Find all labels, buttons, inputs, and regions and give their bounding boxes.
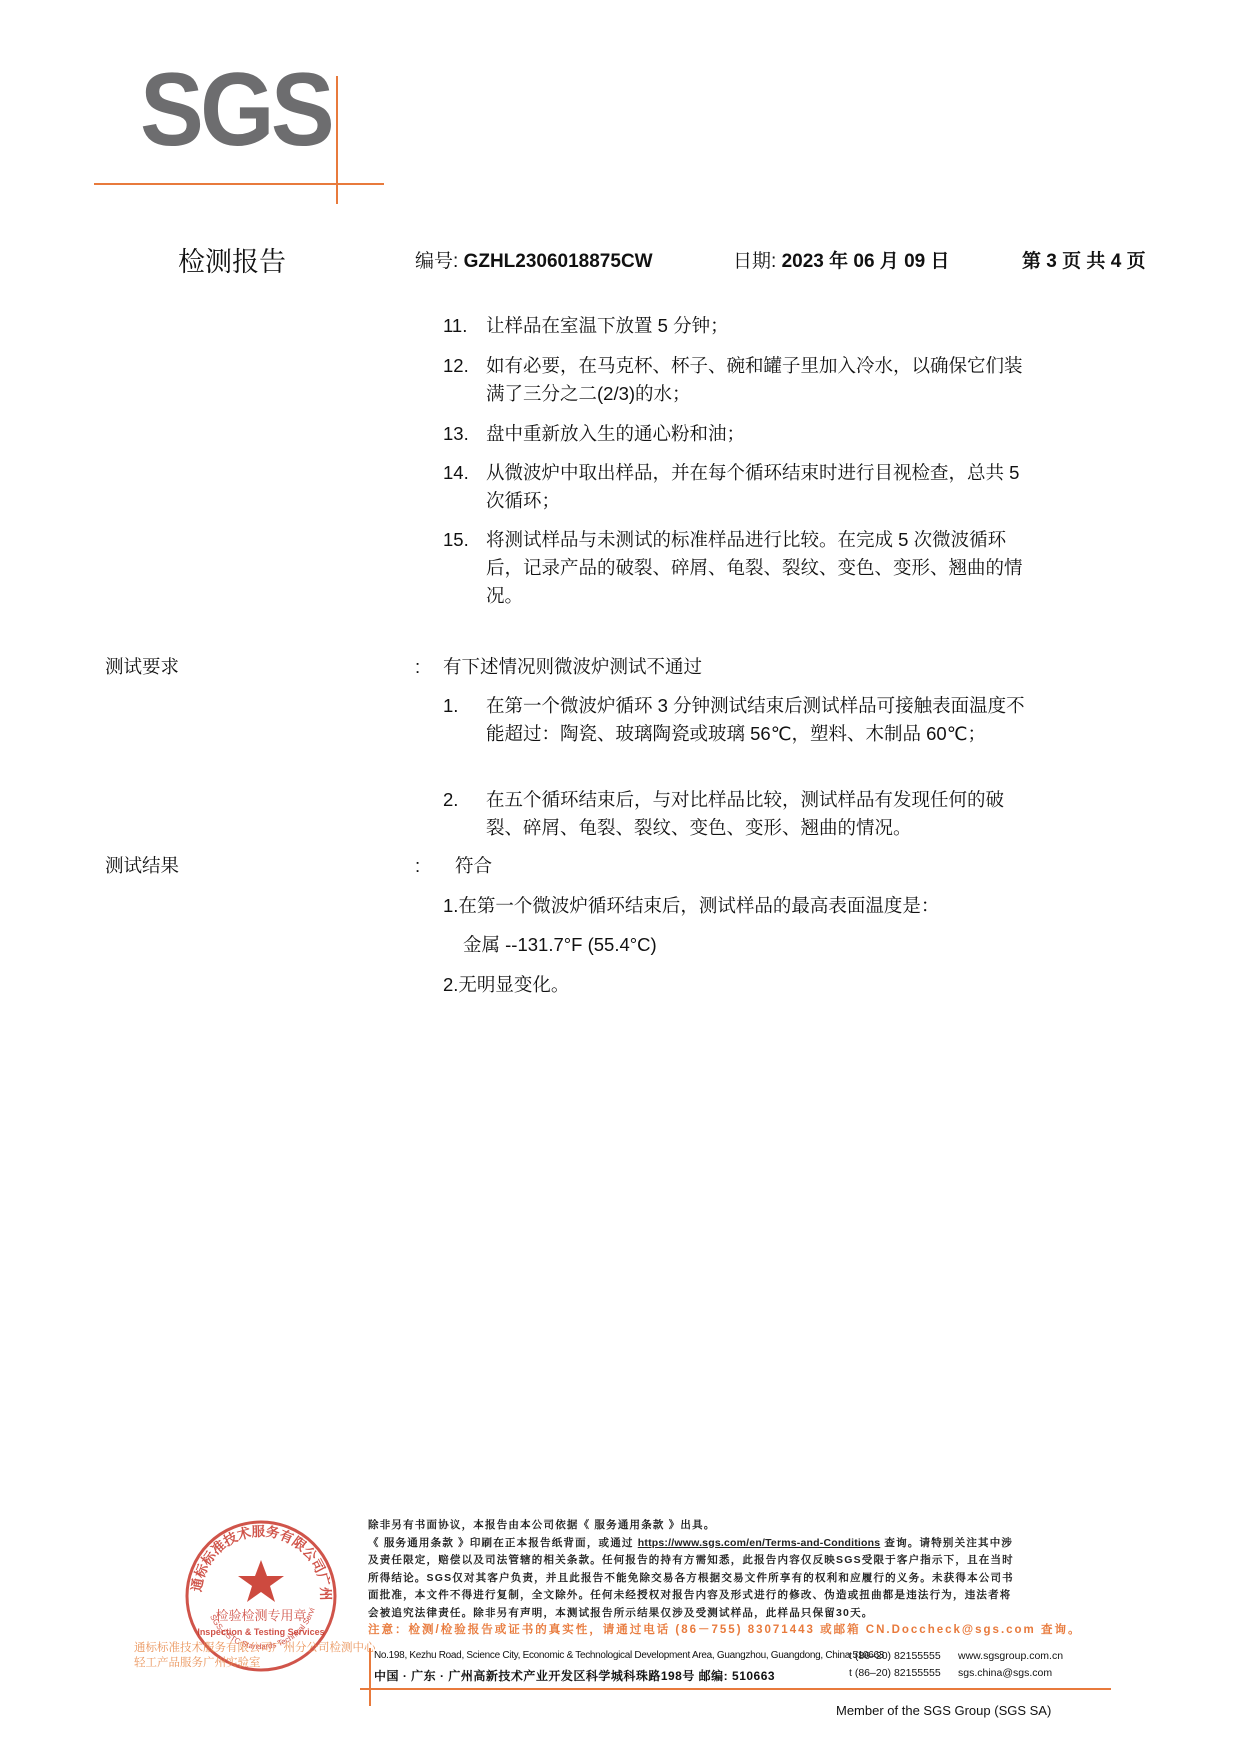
requirement-text: 在第一个微波炉循环 3 分钟测试结束后测试样品可接触表面温度不能超过：陶瓷、玻璃… [486, 692, 1028, 748]
phone-1: t (86–20) 82155555 [849, 1650, 941, 1662]
requirements-label: 测试要求 [105, 653, 179, 681]
step-number: 14. [443, 459, 469, 487]
stamp-center-cn: 检验检测专用章 [215, 1608, 306, 1624]
report-number: 编号: GZHL2306018875CW [415, 246, 653, 273]
page-mid: 页 共 [1062, 251, 1105, 272]
requirement-number: 1. [443, 692, 458, 720]
step-number: 13. [443, 420, 469, 448]
page-total: 4 [1111, 251, 1122, 272]
disclaimer-text: 查询。请特别关注其中涉 [884, 1537, 1013, 1549]
disclaimer-line: 所得结论。SGS仅对其客户负责，并且此报告不能免除交易各方根据交易文件所享有的权… [368, 1570, 1088, 1588]
disclaimer-line: 及责任限定，赔偿以及司法管辖的相关条款。任何报告的持有方需知悉，此报告内容仅反映… [368, 1552, 1088, 1570]
disclaimer-line: 会被追究法律责任。除非另有声明，本测试报告所示结果仅涉及受测试样品，此样品只保留… [368, 1605, 1088, 1623]
procedure-step-14: 14. 从微波炉中取出样品，并在每个循环结束时进行目视检查，总共 5 次循环； [443, 459, 1028, 515]
step-number: 11. [443, 312, 467, 340]
address-en: No.198, Kezhu Road, Science City, Econom… [374, 1650, 884, 1661]
step-number: 12. [443, 352, 469, 380]
requirement-item-2: 2. 在五个循环结束后，与对比样品比较，测试样品有发现任何的破裂、碎屑、龟裂、裂… [443, 786, 1028, 842]
report-date: 日期: 2023 年 06 月 09 日 [733, 246, 950, 273]
requirements-colon: : [415, 653, 420, 681]
page-current: 3 [1046, 251, 1057, 272]
report-number-label: 编号: [415, 251, 458, 272]
requirements-intro: 有下述情况则微波炉测试不通过 [443, 653, 702, 681]
procedure-step-11: 11. 让样品在室温下放置 5 分钟； [443, 312, 1063, 340]
member-statement: Member of the SGS Group (SGS SA) [836, 1703, 1051, 1718]
disclaimer-line: 《 服务通用条款 》印刷在正本报告纸背面，或通过 https://www.sgs… [368, 1535, 1088, 1553]
requirement-number: 2. [443, 786, 458, 814]
report-title: 检测报告 [178, 240, 286, 279]
results-colon: : [415, 852, 420, 880]
terms-link[interactable]: https://www.sgs.com/en/Terms-and-Conditi… [638, 1537, 881, 1549]
website-link[interactable]: www.sgsgroup.com.cn [958, 1650, 1063, 1662]
report-number-value: GZHL2306018875CW [464, 251, 653, 272]
authenticity-notice: 注意：检测/检验报告或证书的真实性，请通过电话 (86－755) 8307144… [368, 1622, 1088, 1640]
logo-horizontal-rule [94, 183, 384, 185]
results-line-3: 2.无明显变化。 [443, 971, 569, 999]
requirement-text: 在五个循环结束后，与对比样品比较，测试样品有发现任何的破裂、碎屑、龟裂、裂纹、变… [486, 786, 1028, 842]
step-number: 15. [443, 526, 469, 554]
disclaimer-line: 面批准，本文件不得进行复制，全文除外。任何未经授权对报告内容及形式进行的修改、伪… [368, 1587, 1088, 1605]
footer-vertical-rule [369, 1648, 371, 1706]
report-date-value: 2023 年 06 月 09 日 [782, 251, 950, 272]
disclaimer-text: 《 服务通用条款 》印刷在正本报告纸背面，或通过 [368, 1537, 634, 1549]
step-text: 如有必要，在马克杯、杯子、碗和罐子里加入冷水，以确保它们装满了三分之二(2/3)… [486, 352, 1028, 408]
step-text: 盘中重新放入生的通心粉和油； [486, 420, 1063, 448]
phone-2: t (86–20) 82155555 [849, 1667, 941, 1679]
stamp-caption-line-1: 通标标准技术服务有限公司广州分公司检测中心 [134, 1641, 376, 1656]
results-verdict: 符合 [455, 852, 492, 880]
procedure-step-12: 12. 如有必要，在马克杯、杯子、碗和罐子里加入冷水，以确保它们装满了三分之二(… [443, 352, 1028, 408]
procedure-step-13: 13. 盘中重新放入生的通心粉和油； [443, 420, 1063, 448]
page-prefix: 第 [1022, 251, 1041, 272]
procedure-step-15: 15. 将测试样品与未测试的标准样品进行比较。在完成 5 次微波循环后，记录产品… [443, 526, 1028, 610]
page-suffix: 页 [1127, 251, 1146, 272]
report-date-label: 日期: [733, 251, 776, 272]
requirement-item-1: 1. 在第一个微波炉循环 3 分钟测试结束后测试样品可接触表面温度不能超过：陶瓷… [443, 692, 1028, 748]
page-indicator: 第 3 页 共 4 页 [1022, 246, 1146, 273]
sgs-logo: SGS [140, 58, 331, 162]
stamp-caption-line-2: 轻工产品服务广州实验室 [134, 1656, 376, 1671]
address-cn: 中国 · 广东 · 广州高新技术产业开发区科学城科珠路198号 邮编: 5106… [374, 1667, 775, 1684]
disclaimer-line: 除非另有书面协议，本报告由本公司依据《 服务通用条款 》出具。 [368, 1517, 1088, 1535]
stamp-center-en: Inspection & Testing Services [197, 1627, 324, 1637]
results-line-2: 金属 --131.7°F (55.4°C) [463, 931, 657, 959]
logo-vertical-rule [336, 76, 338, 204]
results-line-1: 1.在第一个微波炉循环结束后，测试样品的最高表面温度是： [443, 892, 939, 920]
footer-horizontal-rule [360, 1688, 1111, 1690]
step-text: 让样品在室温下放置 5 分钟； [486, 312, 1063, 340]
results-label: 测试结果 [105, 852, 179, 880]
step-text: 将测试样品与未测试的标准样品进行比较。在完成 5 次微波循环后，记录产品的破裂、… [486, 526, 1028, 610]
email-link[interactable]: sgs.china@sgs.com [958, 1667, 1052, 1679]
stamp-caption: 通标标准技术服务有限公司广州分公司检测中心 轻工产品服务广州实验室 [134, 1641, 376, 1671]
footer-disclaimer: 除非另有书面协议，本报告由本公司依据《 服务通用条款 》出具。 《 服务通用条款… [368, 1517, 1088, 1640]
step-text: 从微波炉中取出样品，并在每个循环结束时进行目视检查，总共 5 次循环； [486, 459, 1028, 515]
